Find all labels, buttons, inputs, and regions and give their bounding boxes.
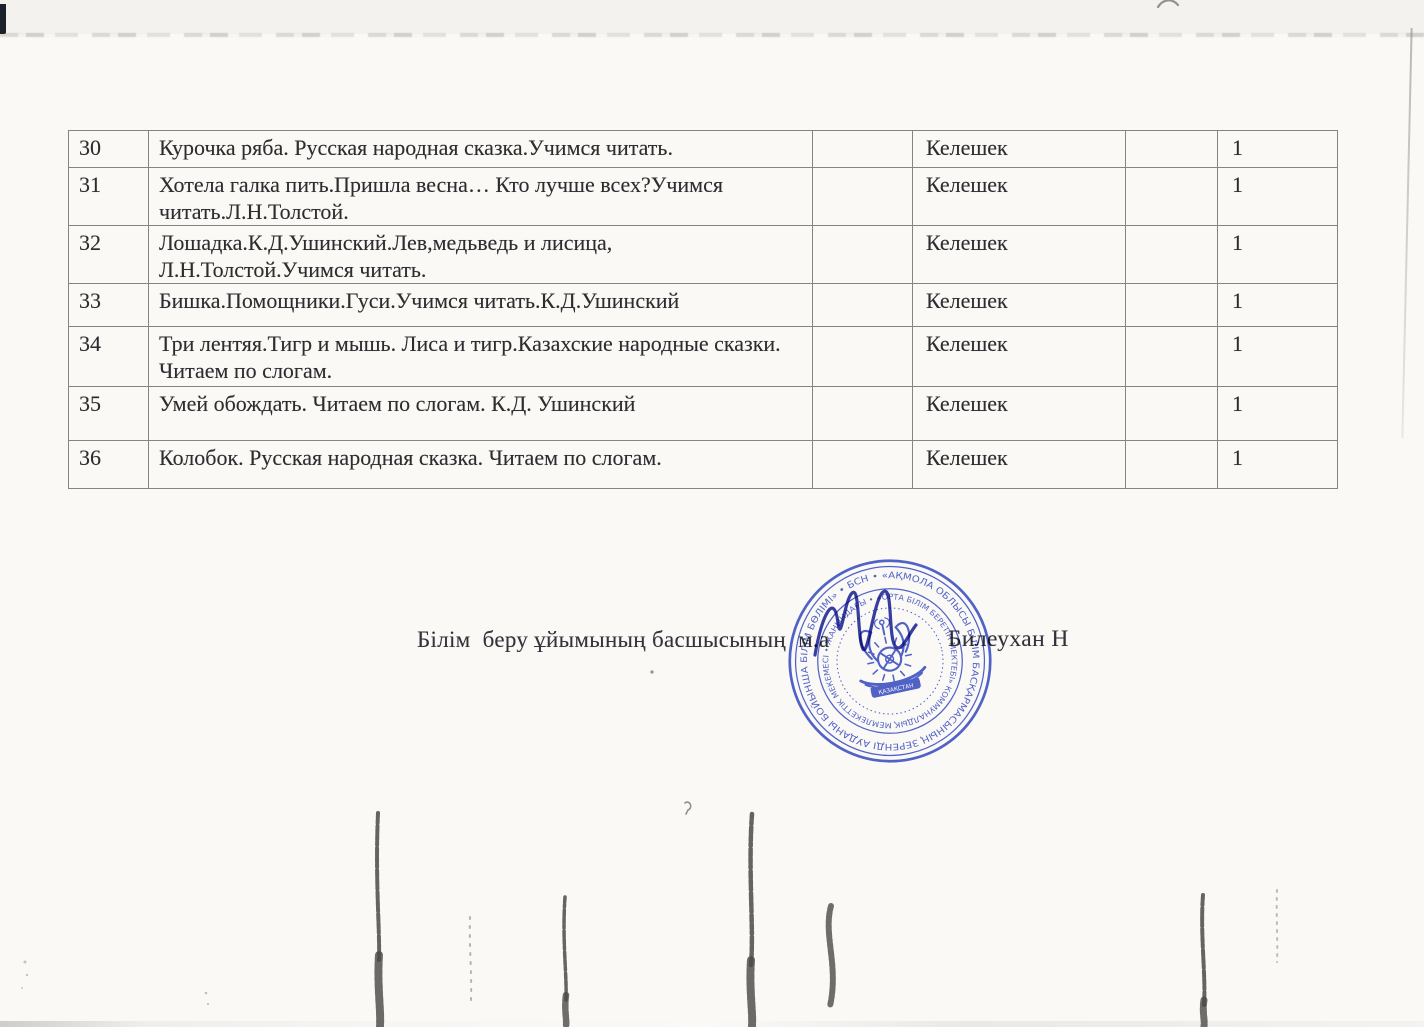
book-inventory-table: 30 Курочка ряба. Русская народная сказка… xyxy=(68,130,1338,489)
blank-cell xyxy=(813,226,913,284)
blank-cell xyxy=(813,284,913,327)
publisher-cell: Келешек xyxy=(913,387,1126,441)
blank-cell xyxy=(813,168,913,226)
table-row: 36 Колобок. Русская народная сказка. Чит… xyxy=(69,441,1338,489)
quantity-cell: 1 xyxy=(1218,327,1338,387)
quantity-cell: 1 xyxy=(1218,387,1338,441)
blank-cell xyxy=(1126,441,1218,489)
blank-cell xyxy=(1126,168,1218,226)
row-number-cell: 34 xyxy=(69,327,149,387)
page-right-edge-shadow xyxy=(1401,28,1412,438)
blank-cell xyxy=(813,327,913,387)
publisher-cell: Келешек xyxy=(913,327,1126,387)
row-number-cell: 33 xyxy=(69,284,149,327)
blank-cell xyxy=(813,441,913,489)
publisher-cell: Келешек xyxy=(913,284,1126,327)
publisher-cell: Келешек xyxy=(913,131,1126,168)
table-row: 34 Три лентяя.Тигр и мышь. Лиса и тигр.К… xyxy=(69,327,1338,387)
table-row: 35 Умей обождать. Читаем по слогам. К.Д.… xyxy=(69,387,1338,441)
quantity-cell: 1 xyxy=(1218,131,1338,168)
publisher-cell: Келешек xyxy=(913,168,1126,226)
book-title-cell: Бишка.Помощники.Гуси.Учимся читать.К.Д.У… xyxy=(149,284,813,327)
table-row: 32 Лошадка.К.Д.Ушинский.Лев,медьведь и л… xyxy=(69,226,1338,284)
book-title-cell: Лошадка.К.Д.Ушинский.Лев,медьведь и лиси… xyxy=(149,226,813,284)
quantity-cell: 1 xyxy=(1218,441,1338,489)
blank-cell xyxy=(1126,131,1218,168)
quantity-cell: 1 xyxy=(1218,168,1338,226)
row-number-cell: 36 xyxy=(69,441,149,489)
blank-cell xyxy=(1126,327,1218,387)
blank-cell xyxy=(813,387,913,441)
scan-edge-noise-line xyxy=(0,33,1424,37)
blank-cell xyxy=(1126,387,1218,441)
row-number-cell: 30 xyxy=(69,131,149,168)
book-title-cell: Хотела галка пить.Пришла весна… Кто лучш… xyxy=(149,168,813,226)
scan-corner-mark xyxy=(0,4,6,34)
table-row: 33 Бишка.Помощники.Гуси.Учимся читать.К.… xyxy=(69,284,1338,327)
row-number-cell: 31 xyxy=(69,168,149,226)
book-title-cell: Три лентяя.Тигр и мышь. Лиса и тигр.Каза… xyxy=(149,327,813,387)
book-title-cell: Умей обождать. Читаем по слогам. К.Д. Уш… xyxy=(149,387,813,441)
scanned-page: 30 Курочка ряба. Русская народная сказка… xyxy=(0,0,1424,1027)
publisher-cell: Келешек xyxy=(913,226,1126,284)
scanner-top-band xyxy=(0,0,1424,34)
book-title-cell: Колобок. Русская народная сказка. Читаем… xyxy=(149,441,813,489)
table-row: 30 Курочка ряба. Русская народная сказка… xyxy=(69,131,1338,168)
scan-bottom-shade xyxy=(0,1021,1424,1027)
row-number-cell: 35 xyxy=(69,387,149,441)
table-row: 31 Хотела галка пить.Пришла весна… Кто л… xyxy=(69,168,1338,226)
quantity-cell: 1 xyxy=(1218,284,1338,327)
publisher-cell: Келешек xyxy=(913,441,1126,489)
blank-cell xyxy=(1126,226,1218,284)
blank-cell xyxy=(1126,284,1218,327)
director-signature-label: Білім беру ұйымының басшысының м.а xyxy=(417,627,830,653)
quantity-cell: 1 xyxy=(1218,226,1338,284)
row-number-cell: 32 xyxy=(69,226,149,284)
blank-cell xyxy=(813,131,913,168)
book-title-cell: Курочка ряба. Русская народная сказка.Уч… xyxy=(149,131,813,168)
handwritten-signature xyxy=(800,583,940,675)
